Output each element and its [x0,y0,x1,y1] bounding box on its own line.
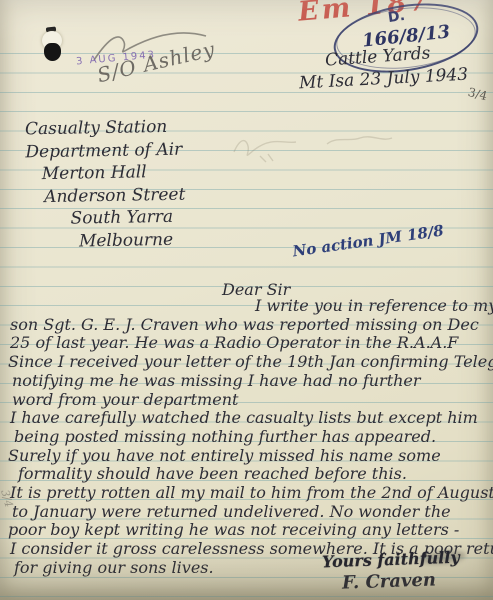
body-line: I write you in reference to my [255,297,490,316]
body-line: I have carefully watched the casualty li… [10,409,490,428]
body-line: to January were returned undelivered. No… [12,503,490,522]
pencil-fraction: 3/4 [467,87,479,100]
body-line: being posted missing nothing further has… [14,428,490,447]
body-line: word from your department [12,391,490,410]
body-line: Since I received your letter of the 19th… [8,353,490,372]
date-line: Mt Isa 23 July 1943 [299,65,469,94]
address-line: Department of Air [25,138,185,163]
address-line: Anderson Street [44,183,186,208]
letter-body: I write you in reference to my son Sgt. … [8,297,490,578]
address-line: Melbourne [79,229,187,253]
body-line: son Sgt. G. E. J. Craven who was reporte… [10,316,490,335]
body-line: formality should have been reached befor… [18,465,490,484]
address-line: Casualty Station [25,116,185,141]
address-line: South Yarra [70,206,186,231]
body-line: 25 of last year. He was a Radio Operator… [10,334,490,353]
action-note: No action JM 18/8 [291,221,444,260]
body-line: It is pretty rotten all my mail to him f… [10,484,490,503]
body-line: poor boy kept writing he was not receivi… [8,521,490,540]
recipient-address: Casualty Station Department of Air Merto… [25,116,187,254]
oval-stamp-letter: D. [387,8,406,26]
address-line: Merton Hall [42,161,186,186]
signature: F. Craven [342,569,437,593]
punch-hole [44,43,61,61]
letter-scan: Em 187 D. 166/8/13 Cattle Yards Mt Isa 2… [0,0,493,600]
faint-pencil-scribble [232,130,427,166]
body-line: Surely if you have not entirely missed h… [8,447,490,466]
body-line: notifying me he was missing I have had n… [12,372,490,391]
